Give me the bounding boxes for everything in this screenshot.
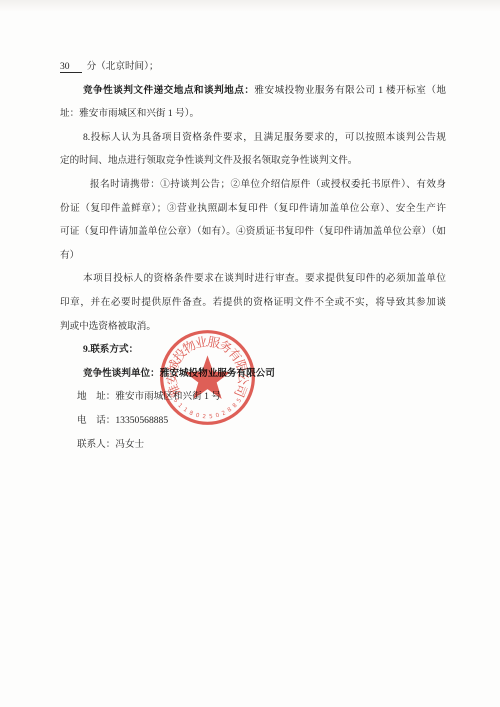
underlined-fill-in: 30 [60,61,82,73]
text-segment: 有） [60,250,79,261]
document-line: 可证（复印件请加盖单位公章）（如有）。④资质证书复印件（复印件请加盖单位公章）（… [60,220,446,244]
bold-text-segment: 9.联系方式： [83,344,138,355]
document-line: 判或中选资格被取消。 [60,315,446,339]
bold-text-segment: 竞争性谈判单位：雅安城投物业服务有限公司 [83,368,275,379]
document-line: 电 话：13350568885 [60,409,446,433]
document-line: 报名时请携带：①持谈判公告；②单位介绍信原件（或授权委托书原件）、有效身 [60,173,446,197]
document-line: 址：雅安市雨城区和兴街 1 号）。 [60,102,446,126]
bold-text-segment: 竞争性谈判文件递交地点和谈判地点： [83,85,254,96]
document-body: 30分（北京时间）；竞争性谈判文件递交地点和谈判地点：雅安城投物业服务有限公司 … [60,55,446,456]
document-line: 竞争性谈判文件递交地点和谈判地点：雅安城投物业服务有限公司 1 楼开标室（地 [60,79,446,103]
text-segment: 雅安城投物业服务有限公司 1 楼开标室（地 [254,85,446,96]
text-segment: 址：雅安市雨城区和兴街 1 号）。 [60,108,199,119]
text-segment: 分（北京时间）； [87,61,159,72]
scanned-document-page: 30分（北京时间）；竞争性谈判文件递交地点和谈判地点：雅安城投物业服务有限公司 … [0,0,500,707]
text-segment: 份证（复印件盖鲜章）；③营业执照副本复印件（复印件请加盖单位公章）、安全生产许 [60,203,446,214]
text-segment: 可证（复印件请加盖单位公章）（如有）。④资质证书复印件（复印件请加盖单位公章）（… [60,226,446,237]
text-segment: 电 话：13350568885 [77,415,168,426]
scan-edge-shadow [0,0,500,12]
text-segment: 判或中选资格被取消。 [60,321,156,332]
document-line: 定的时间、地点进行领取竞争性谈判文件及报名领取竞争性谈判文件。 [60,149,446,173]
document-line: 份证（复印件盖鲜章）；③营业执照副本复印件（复印件请加盖单位公章）、安全生产许 [60,197,446,221]
text-segment: 定的时间、地点进行领取竞争性谈判文件及报名领取竞争性谈判文件。 [60,155,357,166]
text-segment: 印章，并在必要时提供原件备查。若提供的资格证明文件不全或不实，将导致其参加谈 [60,297,446,308]
document-line: 本项目投标人的资格条件要求在谈判时进行审查。要求提供复印件的必须加盖单位 [60,267,446,291]
text-segment: 地 址：雅安市雨城区和兴街 1 号 [77,391,221,402]
text-segment: 联系人：冯女士 [77,439,144,450]
document-line: 印章，并在必要时提供原件备查。若提供的资格证明文件不全或不实，将导致其参加谈 [60,291,446,315]
document-line: 30分（北京时间）； [60,55,446,79]
document-line: 竞争性谈判单位：雅安城投物业服务有限公司 [60,362,446,386]
document-line: 有） [60,244,446,268]
document-line: 9.联系方式： [60,338,446,362]
document-line: 联系人：冯女士 [60,433,446,457]
text-segment: 本项目投标人的资格条件要求在谈判时进行审查。要求提供复印件的必须加盖单位 [83,273,446,284]
document-line: 地 址：雅安市雨城区和兴街 1 号 [60,385,446,409]
text-segment: 报名时请携带：①持谈判公告；②单位介绍信原件（或授权委托书原件）、有效身 [90,179,446,190]
text-segment: 8.投标人认为具备项目资格条件要求，且满足服务要求的，可以按照本谈判公告规 [83,132,446,143]
document-line: 8.投标人认为具备项目资格条件要求，且满足服务要求的，可以按照本谈判公告规 [60,126,446,150]
